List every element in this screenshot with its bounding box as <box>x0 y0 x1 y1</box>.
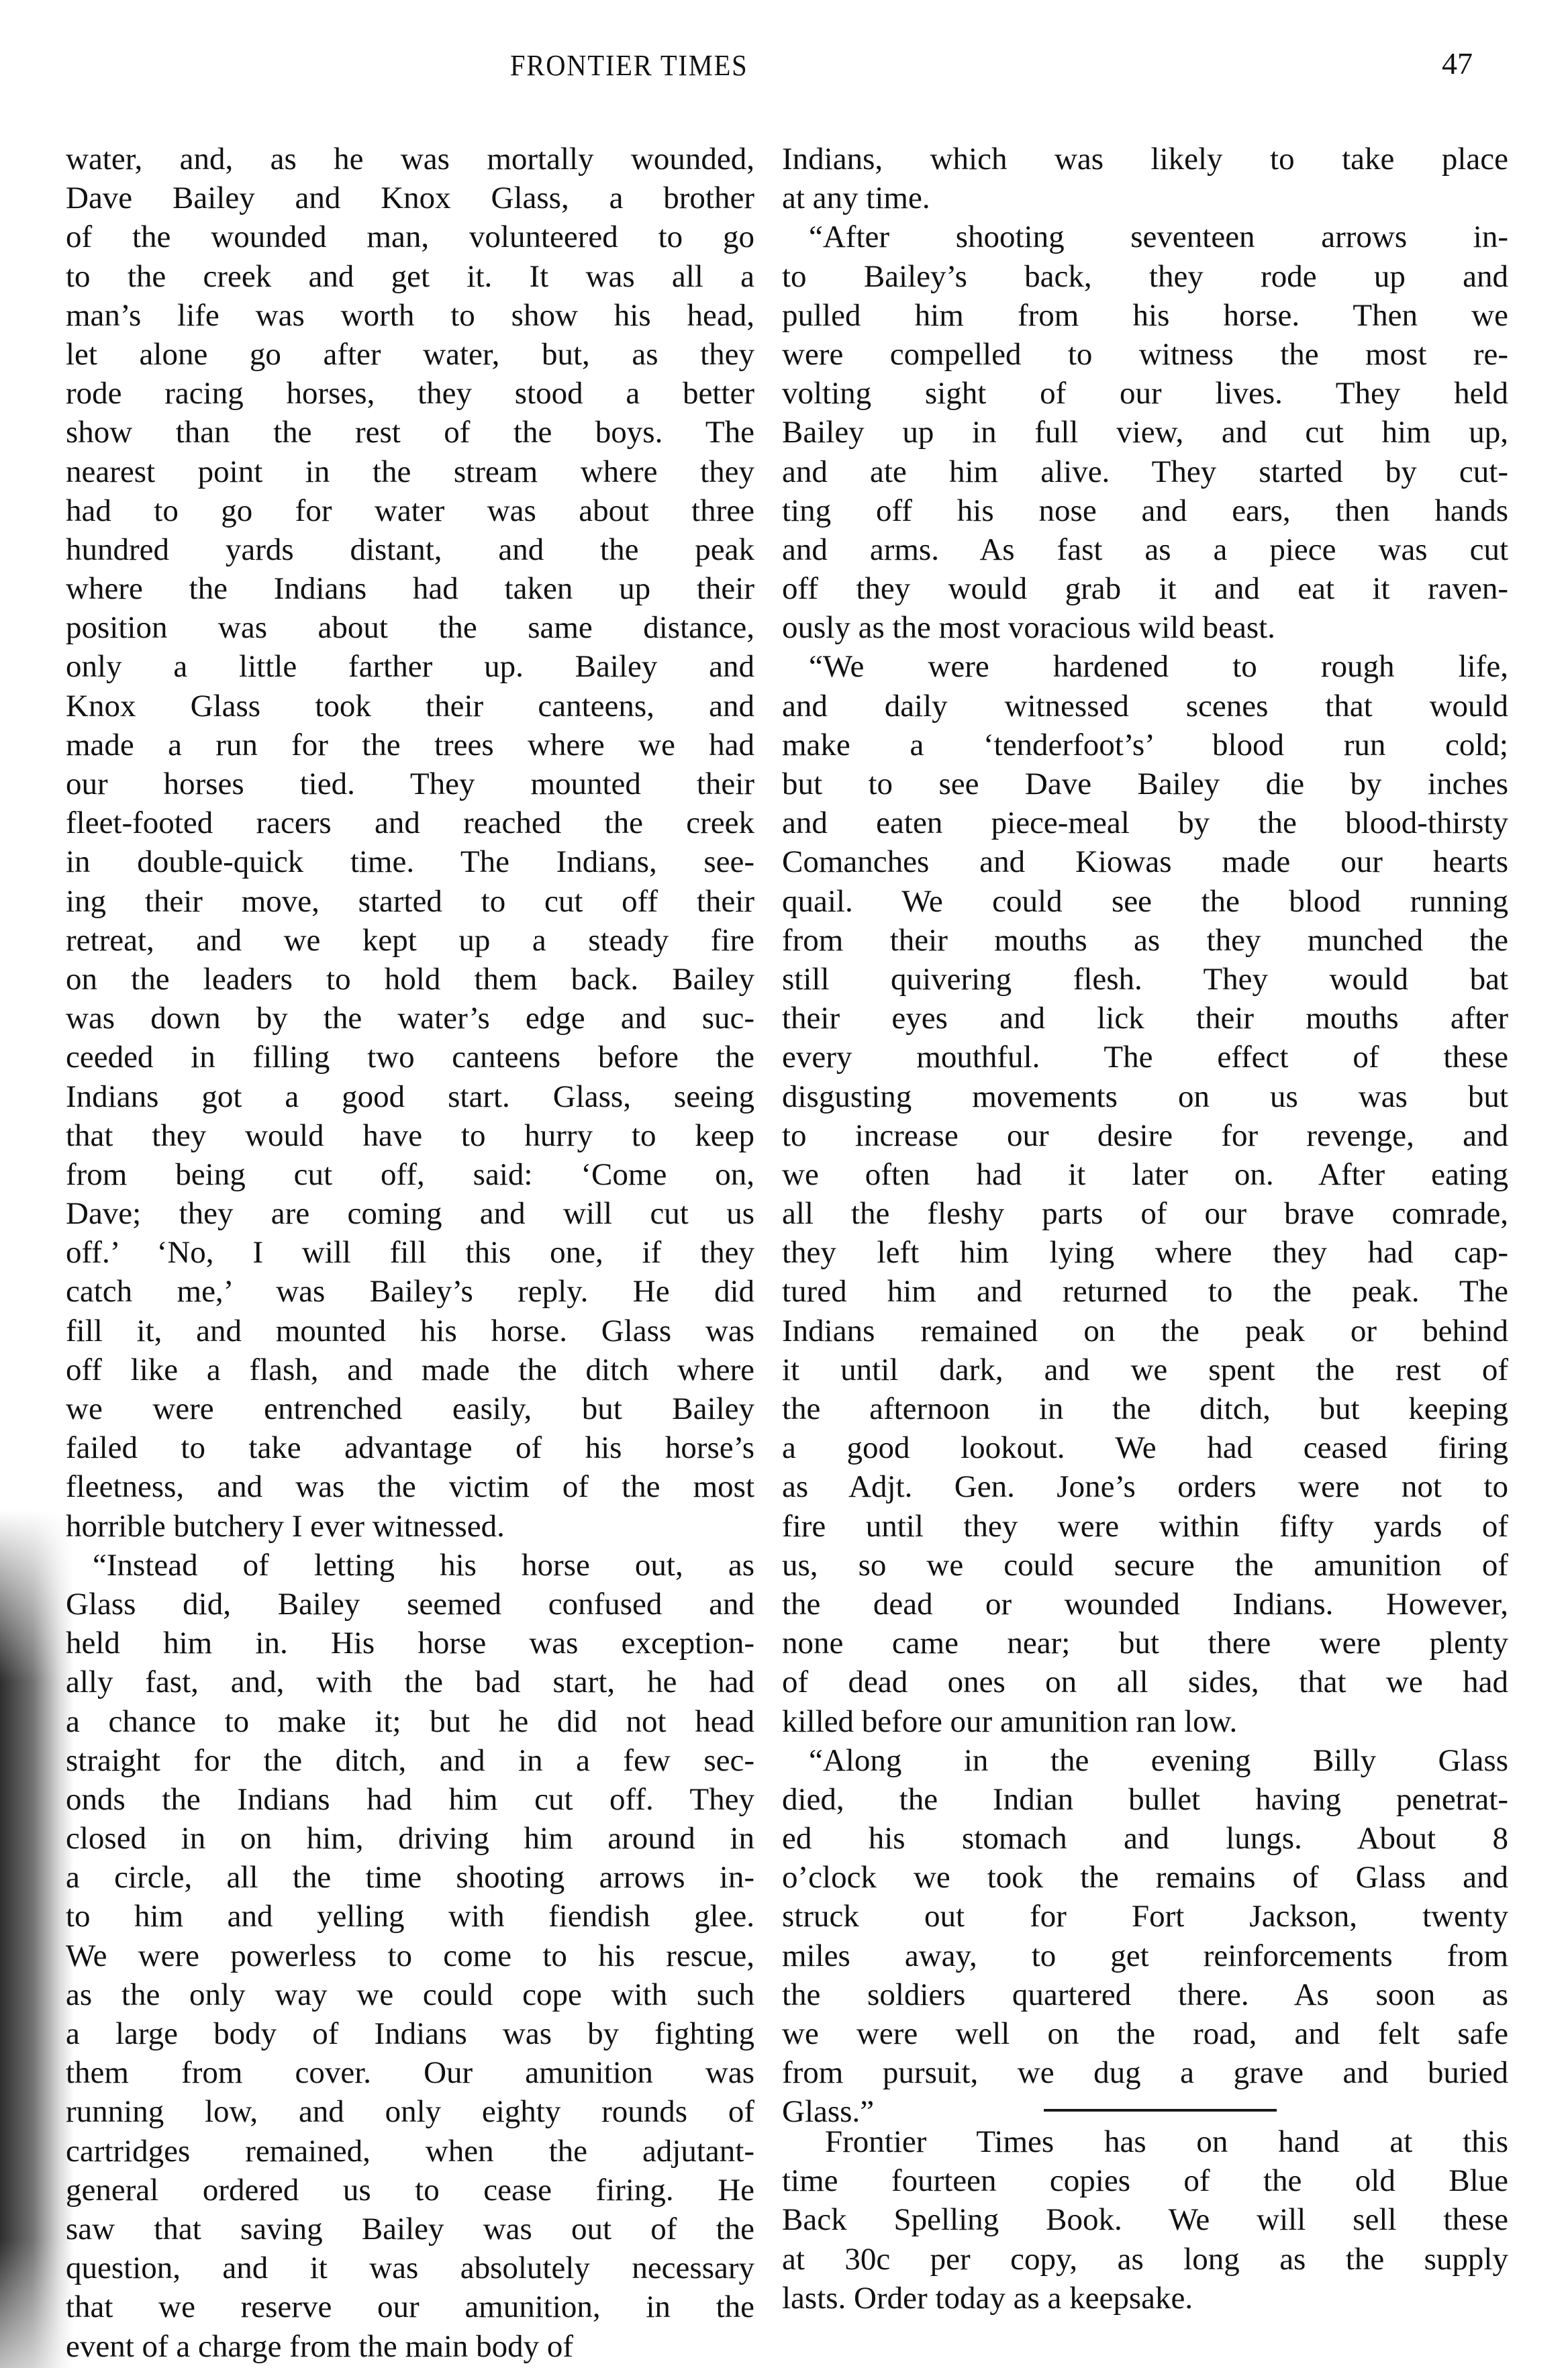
text-line: volting sight of our lives. They held <box>782 374 1508 413</box>
text-line: “Along in the evening Billy Glass <box>782 1741 1508 1780</box>
text-line: made a run for the trees where we had <box>66 726 754 764</box>
text-line: fleet-footed racers and reached the cree… <box>66 803 754 842</box>
text-line: man’s life was worth to show his head, <box>66 296 754 335</box>
text-line: where the Indians had taken up their <box>66 569 754 608</box>
text-line: at 30c per copy, as long as the supply <box>782 2240 1508 2279</box>
text-line: off like a flash, and made the ditch whe… <box>66 1350 754 1389</box>
text-line: only a little farther up. Bailey and <box>66 647 754 686</box>
text-line: catch me,’ was Bailey’s reply. He did <box>66 1272 754 1311</box>
text-line: event of a charge from the main body of <box>66 2327 754 2366</box>
text-line: ally fast, and, with the bad start, he h… <box>66 1663 754 1701</box>
text-line: Indians, which was likely to take place <box>782 140 1508 179</box>
text-line: Glass did, Bailey seemed confused and <box>66 1585 754 1624</box>
text-line: ously as the most voracious wild beast. <box>782 608 1508 647</box>
text-line: make a ‘tenderfoot’s’ blood run cold; <box>782 726 1508 764</box>
text-line: that we reserve our amunition, in the <box>66 2287 754 2326</box>
text-line: had to go for water was about three <box>66 491 754 530</box>
text-line: water, and, as he was mortally wounded, <box>66 140 754 179</box>
text-line: “We were hardened to rough life, <box>782 647 1508 686</box>
text-line: on the leaders to hold them back. Bailey <box>66 960 754 999</box>
text-line: from their mouths as they munched the <box>782 921 1508 960</box>
text-line: ceeded in filling two canteens before th… <box>66 1038 754 1077</box>
text-line: we were well on the road, and felt safe <box>782 2014 1508 2053</box>
text-line: Indians got a good start. Glass, seeing <box>66 1077 754 1116</box>
text-line: and daily witnessed scenes that would <box>782 687 1508 726</box>
text-line: they left him lying where they had cap- <box>782 1233 1508 1272</box>
text-line: our horses tied. They mounted their <box>66 764 754 803</box>
text-line: fire until they were within fifty yards … <box>782 1507 1508 1546</box>
left-column: water, and, as he was mortally wounded,D… <box>66 140 754 2366</box>
text-line: a circle, all the time shooting arrows i… <box>66 1858 754 1897</box>
text-line: the dead or wounded Indians. However, <box>782 1585 1508 1624</box>
publication-title: FRONTIER TIMES <box>510 48 748 83</box>
text-line: Dave; they are coming and will cut us <box>66 1194 754 1233</box>
text-line: a good lookout. We had ceased firing <box>782 1428 1508 1467</box>
text-line: horrible butchery I ever witnessed. <box>66 1507 754 1546</box>
text-line: ing their move, started to cut off their <box>66 882 754 921</box>
text-line: none came near; but there were plenty <box>782 1624 1508 1663</box>
text-line: held him in. His horse was exception- <box>66 1624 754 1663</box>
text-line: retreat, and we kept up a steady fire <box>66 921 754 960</box>
text-line: was down by the water’s edge and suc- <box>66 999 754 1038</box>
text-line: from being cut off, said: ‘Come on, <box>66 1155 754 1194</box>
text-line: killed before our amunition ran low. <box>782 1702 1508 1741</box>
text-line: onds the Indians had him cut off. They <box>66 1780 754 1819</box>
text-line: died, the Indian bullet having penetrat- <box>782 1780 1508 1819</box>
text-line: that they would have to hurry to keep <box>66 1116 754 1155</box>
running-header: FRONTIER TIMES 47 <box>0 48 1568 89</box>
text-line: and arms. As fast as a piece was cut <box>782 530 1508 569</box>
text-line: cartridges remained, when the adjutant- <box>66 2132 754 2171</box>
text-line: saw that saving Bailey was out of the <box>66 2210 754 2249</box>
text-line: but to see Dave Bailey die by inches <box>782 764 1508 803</box>
text-line: off.’ ‘No, I will fill this one, if they <box>66 1233 754 1272</box>
text-line: Back Spelling Book. We will sell these <box>782 2200 1508 2239</box>
text-line: them from cover. Our amunition was <box>66 2053 754 2092</box>
text-line: let alone go after water, but, as they <box>66 335 754 374</box>
text-line: and ate him alive. They started by cut- <box>782 452 1508 491</box>
text-line: general ordered us to cease firing. He <box>66 2171 754 2210</box>
text-line: Dave Bailey and Knox Glass, a brother <box>66 179 754 217</box>
text-line: to him and yelling with fiendish glee. <box>66 1897 754 1936</box>
scanned-page: FRONTIER TIMES 47 water, and, as he was … <box>0 0 1568 2368</box>
text-line: of dead ones on all sides, that we had <box>782 1663 1508 1701</box>
text-line: the soldiers quartered there. As soon as <box>782 1975 1508 2014</box>
text-line: Comanches and Kiowas made our hearts <box>782 842 1508 881</box>
text-line: of the wounded man, volunteered to go <box>66 217 754 256</box>
text-line: as Adjt. Gen. Jone’s orders were not to <box>782 1467 1508 1506</box>
text-line: question, and it was absolutely necessar… <box>66 2249 754 2287</box>
text-line: lasts. Order today as a keepsake. <box>782 2279 1508 2318</box>
text-line: “Instead of letting his horse out, as <box>66 1546 754 1585</box>
text-line: the afternoon in the ditch, but keeping <box>782 1389 1508 1428</box>
text-line: disgusting movements on us was but <box>782 1077 1508 1116</box>
text-line: from pursuit, we dug a grave and buried <box>782 2053 1508 2092</box>
text-line: every mouthful. The effect of these <box>782 1038 1508 1077</box>
text-line: quail. We could see the blood running <box>782 882 1508 921</box>
text-line: to Bailey’s back, they rode up and <box>782 257 1508 296</box>
text-line: running low, and only eighty rounds of <box>66 2092 754 2131</box>
text-line: Bailey up in full view, and cut him up, <box>782 413 1508 452</box>
text-line: it until dark, and we spent the rest of <box>782 1350 1508 1389</box>
text-line: We were powerless to come to his rescue, <box>66 1936 754 1975</box>
text-line: nearest point in the stream where they <box>66 452 754 491</box>
text-line: ed his stomach and lungs. About 8 <box>782 1819 1508 1858</box>
text-line: Frontier Times has on hand at this <box>782 2122 1508 2161</box>
text-line: “After shooting seventeen arrows in- <box>782 217 1508 256</box>
text-line: to increase our desire for revenge, and <box>782 1116 1508 1155</box>
text-line: pulled him from his horse. Then we <box>782 296 1508 335</box>
text-line: off they would grab it and eat it raven- <box>782 569 1508 608</box>
text-line: at any time. <box>782 179 1508 217</box>
text-line: time fourteen copies of the old Blue <box>782 2161 1508 2200</box>
scan-edge-shadow <box>0 1510 74 2368</box>
text-line: tured him and returned to the peak. The <box>782 1272 1508 1311</box>
text-line: failed to take advantage of his horse’s <box>66 1428 754 1467</box>
text-line: closed in on him, driving him around in <box>66 1819 754 1858</box>
text-line: all the fleshy parts of our brave comrad… <box>782 1194 1508 1233</box>
text-line: were compelled to witness the most re- <box>782 335 1508 374</box>
text-line: hundred yards distant, and the peak <box>66 530 754 569</box>
text-line: Knox Glass took their canteens, and <box>66 687 754 726</box>
text-line: position was about the same distance, <box>66 608 754 647</box>
text-line: struck out for Fort Jackson, twenty <box>782 1897 1508 1936</box>
text-line: we were entrenched easily, but Bailey <box>66 1389 754 1428</box>
text-line: miles away, to get reinforcements from <box>782 1936 1508 1975</box>
text-line: their eyes and lick their mouths after <box>782 999 1508 1038</box>
text-line: Indians remained on the peak or behind <box>782 1312 1508 1350</box>
text-line: fleetness, and was the victim of the mos… <box>66 1467 754 1506</box>
text-line: to the creek and get it. It was all a <box>66 257 754 296</box>
page-number: 47 <box>1442 46 1473 81</box>
right-column: Indians, which was likely to take placea… <box>782 140 1508 2132</box>
text-line: show than the rest of the boys. The <box>66 413 754 452</box>
text-line: straight for the ditch, and in a few sec… <box>66 1741 754 1780</box>
text-line: and eaten piece-meal by the blood-thirst… <box>782 803 1508 842</box>
text-line: still quivering flesh. They would bat <box>782 960 1508 999</box>
text-line: a chance to make it; but he did not head <box>66 1702 754 1741</box>
text-line: fill it, and mounted his horse. Glass wa… <box>66 1312 754 1350</box>
text-line: us, so we could secure the amunition of <box>782 1546 1508 1585</box>
text-line: a large body of Indians was by fighting <box>66 2014 754 2053</box>
text-line: in double-quick time. The Indians, see- <box>66 842 754 881</box>
text-line: ting off his nose and ears, then hands <box>782 491 1508 530</box>
text-line: we often had it later on. After eating <box>782 1155 1508 1194</box>
text-line: rode racing horses, they stood a better <box>66 374 754 413</box>
section-divider-rule <box>1044 2109 1277 2112</box>
spelling-book-notice: Frontier Times has on hand at thistime f… <box>782 2122 1508 2318</box>
text-line: as the only way we could cope with such <box>66 1975 754 2014</box>
text-line: o’clock we took the remains of Glass and <box>782 1858 1508 1897</box>
